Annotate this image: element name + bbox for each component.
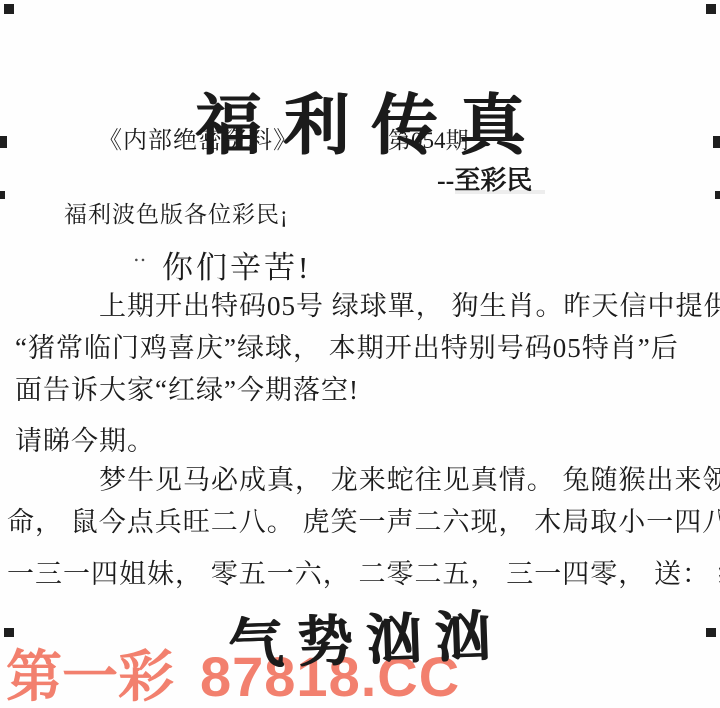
registration-mark-top-right — [706, 4, 716, 14]
registration-mark-right-lower — [715, 191, 720, 199]
watermark-brand: 第一彩 — [6, 645, 174, 708]
body-text-line: 梦牛见马必成真， 龙来蛇往见真情。 兔随猴出来领 — [99, 458, 720, 497]
issue-number: 第054期 — [388, 122, 469, 155]
salutation: --至彩民 — [437, 160, 532, 197]
body-text-line: 请睇今期。 — [15, 419, 155, 458]
source-label: 《内部绝密资料》 — [98, 120, 298, 155]
closing-slogan: 气势汹汹 — [227, 591, 506, 680]
body-text-line: 命， 鼠今点兵旺二八。 虎笑一声二六现， 木局取小一四八。 — [7, 500, 720, 539]
body-text-line: “猪常临门鸡喜庆”绿球， 本期开出特别号码05特肖”后 — [15, 326, 679, 365]
body-text-line: 上期开出特码05号 绿球單， 狗生肖。昨天信中提供 — [99, 284, 720, 323]
ditto-mark: ‥ — [133, 242, 149, 267]
registration-mark-left-lower — [0, 191, 5, 199]
body-text-line: 一三一四姐妹， 零五一六， 二零二五， 三一四零， 送： 红绿 — [7, 552, 720, 591]
registration-mark-bottom-right — [706, 628, 716, 637]
greeting-line: 福利波色版各位彩民¡ — [64, 196, 289, 229]
body-text-line: 面告诉大家“红绿”今期落空! — [15, 368, 359, 407]
registration-mark-top-left — [4, 4, 14, 14]
fax-document-sheet: 福利传真 《内部绝密资料》 第054期 --至彩民 福利波色版各位彩民¡ ‥ 你… — [0, 0, 720, 708]
opening-line: 你们辛苦! — [162, 242, 311, 287]
